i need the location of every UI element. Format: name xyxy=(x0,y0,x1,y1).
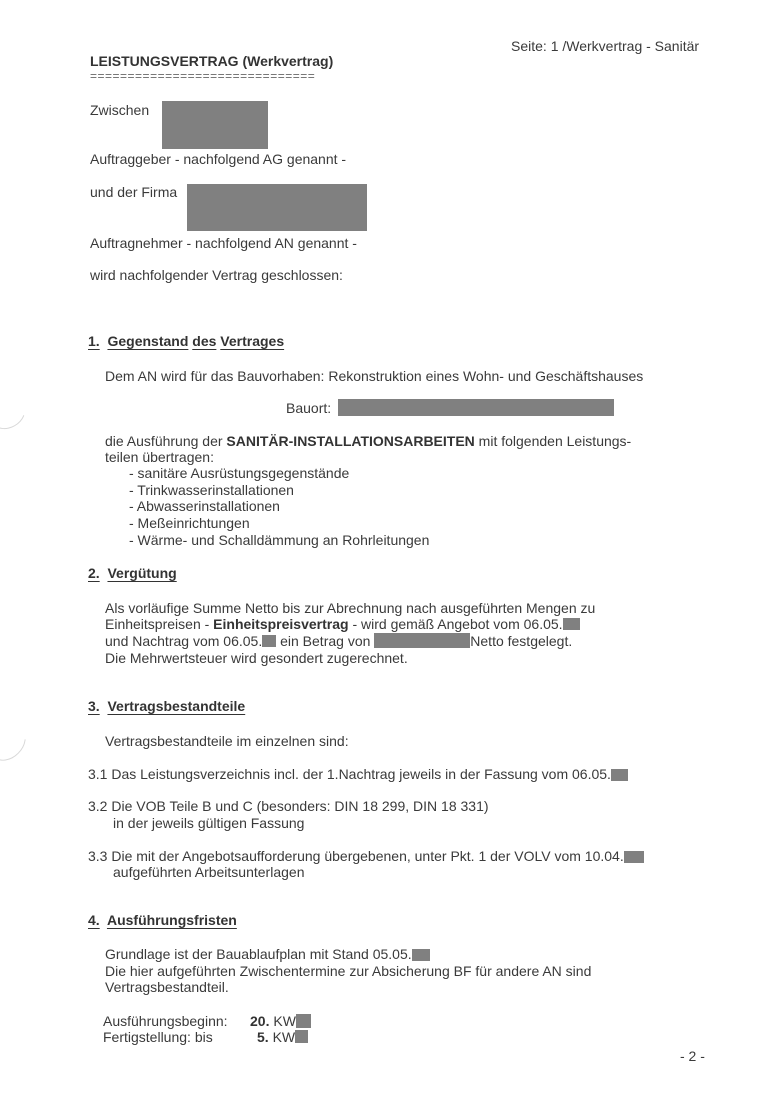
section-1-number: 1. xyxy=(88,333,100,349)
start-week: 20. xyxy=(250,1013,269,1029)
section-3-item-3: 3.3 Die mit der Angebotsaufforderung übe… xyxy=(88,848,644,864)
punch-hole-mark xyxy=(0,393,31,435)
next-page-indicator: - 2 - xyxy=(680,1048,705,1064)
client-role: Auftraggeber - nachfolgend AG genannt - xyxy=(90,151,346,167)
section-2-line-3: und Nachtrag vom 06.05. ein Betrag von N… xyxy=(105,633,572,649)
scope-item: - Meßeinrichtungen xyxy=(129,515,250,531)
section-2-line-1: Als vorläufige Summe Netto bis zur Abrec… xyxy=(105,600,595,616)
section-2-number: 2. xyxy=(88,565,100,581)
scope-work-type: SANITÄR-INSTALLATIONSARBEITEN xyxy=(226,433,474,449)
client-address-redaction xyxy=(162,101,268,149)
section-1-scope-line-2: teilen übertragen: xyxy=(105,449,214,465)
section-1-title-word: des xyxy=(192,333,216,349)
section-1-heading: 1. Gegenstand des Vertrages xyxy=(88,333,284,349)
section-2-title: Vergütung xyxy=(107,565,176,581)
contractor-address-redaction xyxy=(187,184,367,231)
end-label: Fertigstellung: bis xyxy=(103,1029,213,1045)
year-redaction xyxy=(295,1030,308,1043)
text: 3.1 Das Leistungsverzeichnis incl. der 1… xyxy=(88,766,611,782)
year-redaction xyxy=(624,851,644,863)
text: KW xyxy=(269,1013,295,1029)
site-address-redaction xyxy=(338,399,614,416)
section-3-title: Vertragsbestandteile xyxy=(107,698,245,714)
section-3-item-3-cont: aufgeführten Arbeitsunterlagen xyxy=(113,864,304,880)
scope-item: - Abwasserinstallationen xyxy=(129,498,280,514)
section-3-item-2: 3.2 Die VOB Teile B und C (besonders: DI… xyxy=(88,798,489,814)
section-2-line-2: Einheitspreisen - Einheitspreisvertrag -… xyxy=(105,616,580,632)
site-label: Bauort: xyxy=(286,400,331,416)
punch-hole-mark xyxy=(0,718,33,767)
section-2-heading: 2. Vergütung xyxy=(88,565,177,581)
contractor-role: Auftragnehmer - nachfolgend AN genannt - xyxy=(90,235,357,251)
year-redaction xyxy=(563,618,580,630)
text: 3.3 Die mit der Angebotsaufforderung übe… xyxy=(88,848,624,864)
section-4-heading: 4. Ausführungsfristen xyxy=(88,912,237,928)
scope-item: - Trinkwasserinstallationen xyxy=(129,482,294,498)
year-redaction xyxy=(296,1014,311,1028)
year-redaction xyxy=(611,769,628,781)
scope-item: - sanitäre Ausrüstungsgegenstände xyxy=(129,465,349,481)
between-label: Zwischen xyxy=(90,102,149,118)
document-title: LEISTUNGSVERTRAG (Werkvertrag) xyxy=(90,53,333,69)
text: Grundlage ist der Bauablaufplan mit Stan… xyxy=(105,946,412,962)
section-3-intro: Vertragsbestandteile im einzelnen sind: xyxy=(105,733,349,749)
text: Netto festgelegt. xyxy=(470,633,572,649)
section-1-title-word: Gegenstand xyxy=(107,333,188,349)
section-2-line-4: Die Mehrwertsteuer wird gesondert zugere… xyxy=(105,650,408,666)
company-label: und der Firma xyxy=(90,184,177,200)
text: und Nachtrag vom 06.05. xyxy=(105,633,262,649)
section-4-line-3: Vertragsbestandteil. xyxy=(105,979,229,995)
section-3-number: 3. xyxy=(88,698,100,714)
start-label: Ausführungsbeginn: xyxy=(103,1013,228,1029)
year-redaction xyxy=(412,949,430,961)
section-1-scope-line: die Ausführung der SANITÄR-INSTALLATIONS… xyxy=(105,433,631,449)
section-1-intro: Dem AN wird für das Bauvorhaben: Rekonst… xyxy=(105,368,643,384)
end-value: 5. KW xyxy=(257,1029,308,1045)
year-redaction xyxy=(262,635,276,647)
section-4-title: Ausführungsfristen xyxy=(107,912,237,928)
section-3-item-2-cont: in der jeweils gültigen Fassung xyxy=(113,815,304,831)
text: Einheitspreisen - xyxy=(105,616,213,632)
text: KW xyxy=(269,1029,295,1045)
section-3-heading: 3. Vertragsbestandteile xyxy=(88,698,245,714)
text: - wird gemäß Angebot vom 06.05. xyxy=(349,616,563,632)
section-3-item-1: 3.1 Das Leistungsverzeichnis incl. der 1… xyxy=(88,766,628,782)
scope-text: die Ausführung der xyxy=(105,433,226,449)
scope-text: mit folgenden Leistungs- xyxy=(475,433,631,449)
page-reference: Seite: 1 /Werkvertrag - Sanitär xyxy=(511,38,699,54)
section-1-title-word: Vertrages xyxy=(220,333,284,349)
section-4-number: 4. xyxy=(88,912,100,928)
scope-item: - Wärme- und Schalldämmung an Rohrleitun… xyxy=(129,532,429,548)
end-week: 5. xyxy=(257,1029,269,1045)
text: ein Betrag von xyxy=(276,633,374,649)
title-rule: ============================== xyxy=(90,68,315,84)
start-value: 20. KW xyxy=(250,1013,311,1029)
section-4-line-1: Grundlage ist der Bauablaufplan mit Stan… xyxy=(105,946,430,962)
contract-closing: wird nachfolgender Vertrag geschlossen: xyxy=(90,267,343,283)
contract-type: Einheitspreisvertrag xyxy=(213,616,348,632)
amount-redaction xyxy=(374,633,470,648)
section-4-line-2: Die hier aufgeführten Zwischentermine zu… xyxy=(105,963,591,979)
